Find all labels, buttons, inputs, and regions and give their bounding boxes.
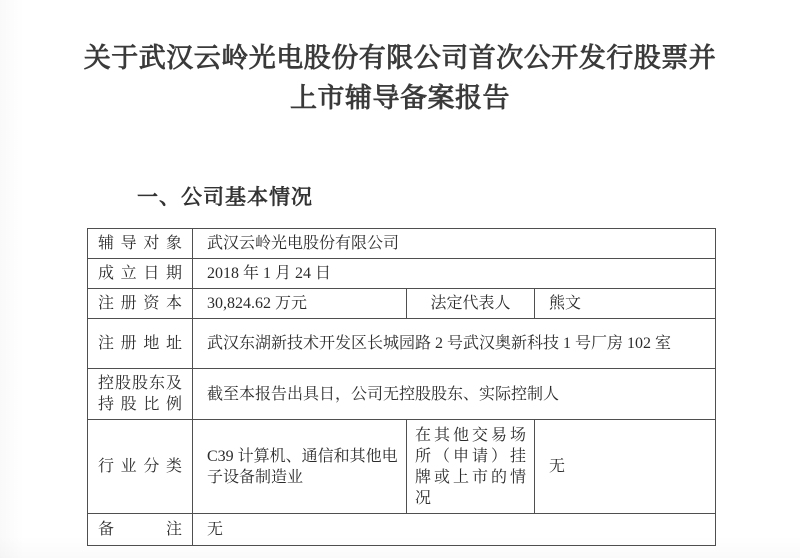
table-row-industry-classification: 行业分类 C39 计算机、通信和其他电子设备制造业 在其他交易场所（申请）挂牌或… xyxy=(88,420,716,514)
document-title: 关于武汉云岭光电股份有限公司首次公开发行股票并 上市辅导备案报告 xyxy=(0,0,800,118)
row-value-cell: 无 xyxy=(193,514,716,546)
row-label-cell: 在其他交易场所（申请）挂牌或上市的情况 xyxy=(407,420,535,514)
row-label-cell: 行业分类 xyxy=(88,420,193,514)
table-row-controlling-shareholder: 控股股东及持股比例 截至本报告出具日，公司无控股股东、实际控制人 xyxy=(88,369,716,420)
row-label-cell: 法定代表人 xyxy=(407,289,535,319)
table-row-registered-address: 注册地址 武汉东湖新技术开发区长城园路 2 号武汉奥新科技 1 号厂房 102 … xyxy=(88,319,716,369)
row-value-cell: 熊文 xyxy=(535,289,716,319)
row-label-cell: 控股股东及持股比例 xyxy=(88,369,193,420)
company-info-table: 辅导对象 武汉云岭光电股份有限公司 成立日期 2018 年 1 月 24 日 注… xyxy=(87,228,716,546)
table-row-registered-capital: 注册资本 30,824.62 万元 法定代表人 熊文 xyxy=(88,289,716,319)
row-label-cell: 成立日期 xyxy=(88,259,193,289)
table-row-establish-date: 成立日期 2018 年 1 月 24 日 xyxy=(88,259,716,289)
row-value-cell: 武汉东湖新技术开发区长城园路 2 号武汉奥新科技 1 号厂房 102 室 xyxy=(193,319,716,369)
document-page: 关于武汉云岭光电股份有限公司首次公开发行股票并 上市辅导备案报告 一、公司基本情… xyxy=(0,0,800,558)
row-value-cell: 武汉云岭光电股份有限公司 xyxy=(193,229,716,259)
document-title-line1: 关于武汉云岭光电股份有限公司首次公开发行股票并 xyxy=(0,38,800,78)
table-row-tutoring-target: 辅导对象 武汉云岭光电股份有限公司 xyxy=(88,229,716,259)
row-value-cell: 2018 年 1 月 24 日 xyxy=(193,259,716,289)
row-value-cell: 截至本报告出具日，公司无控股股东、实际控制人 xyxy=(193,369,716,420)
row-value-cell: 无 xyxy=(535,420,716,514)
table-row-remarks: 备注 无 xyxy=(88,514,716,546)
row-label-cell: 辅导对象 xyxy=(88,229,193,259)
section-heading: 一、公司基本情况 xyxy=(137,183,800,213)
row-value-cell: C39 计算机、通信和其他电子设备制造业 xyxy=(193,420,407,514)
row-label-cell: 注册地址 xyxy=(88,319,193,369)
row-value-cell: 30,824.62 万元 xyxy=(193,289,407,319)
row-label-cell: 备注 xyxy=(88,514,193,546)
document-title-line2: 上市辅导备案报告 xyxy=(0,78,800,118)
row-label-cell: 注册资本 xyxy=(88,289,193,319)
